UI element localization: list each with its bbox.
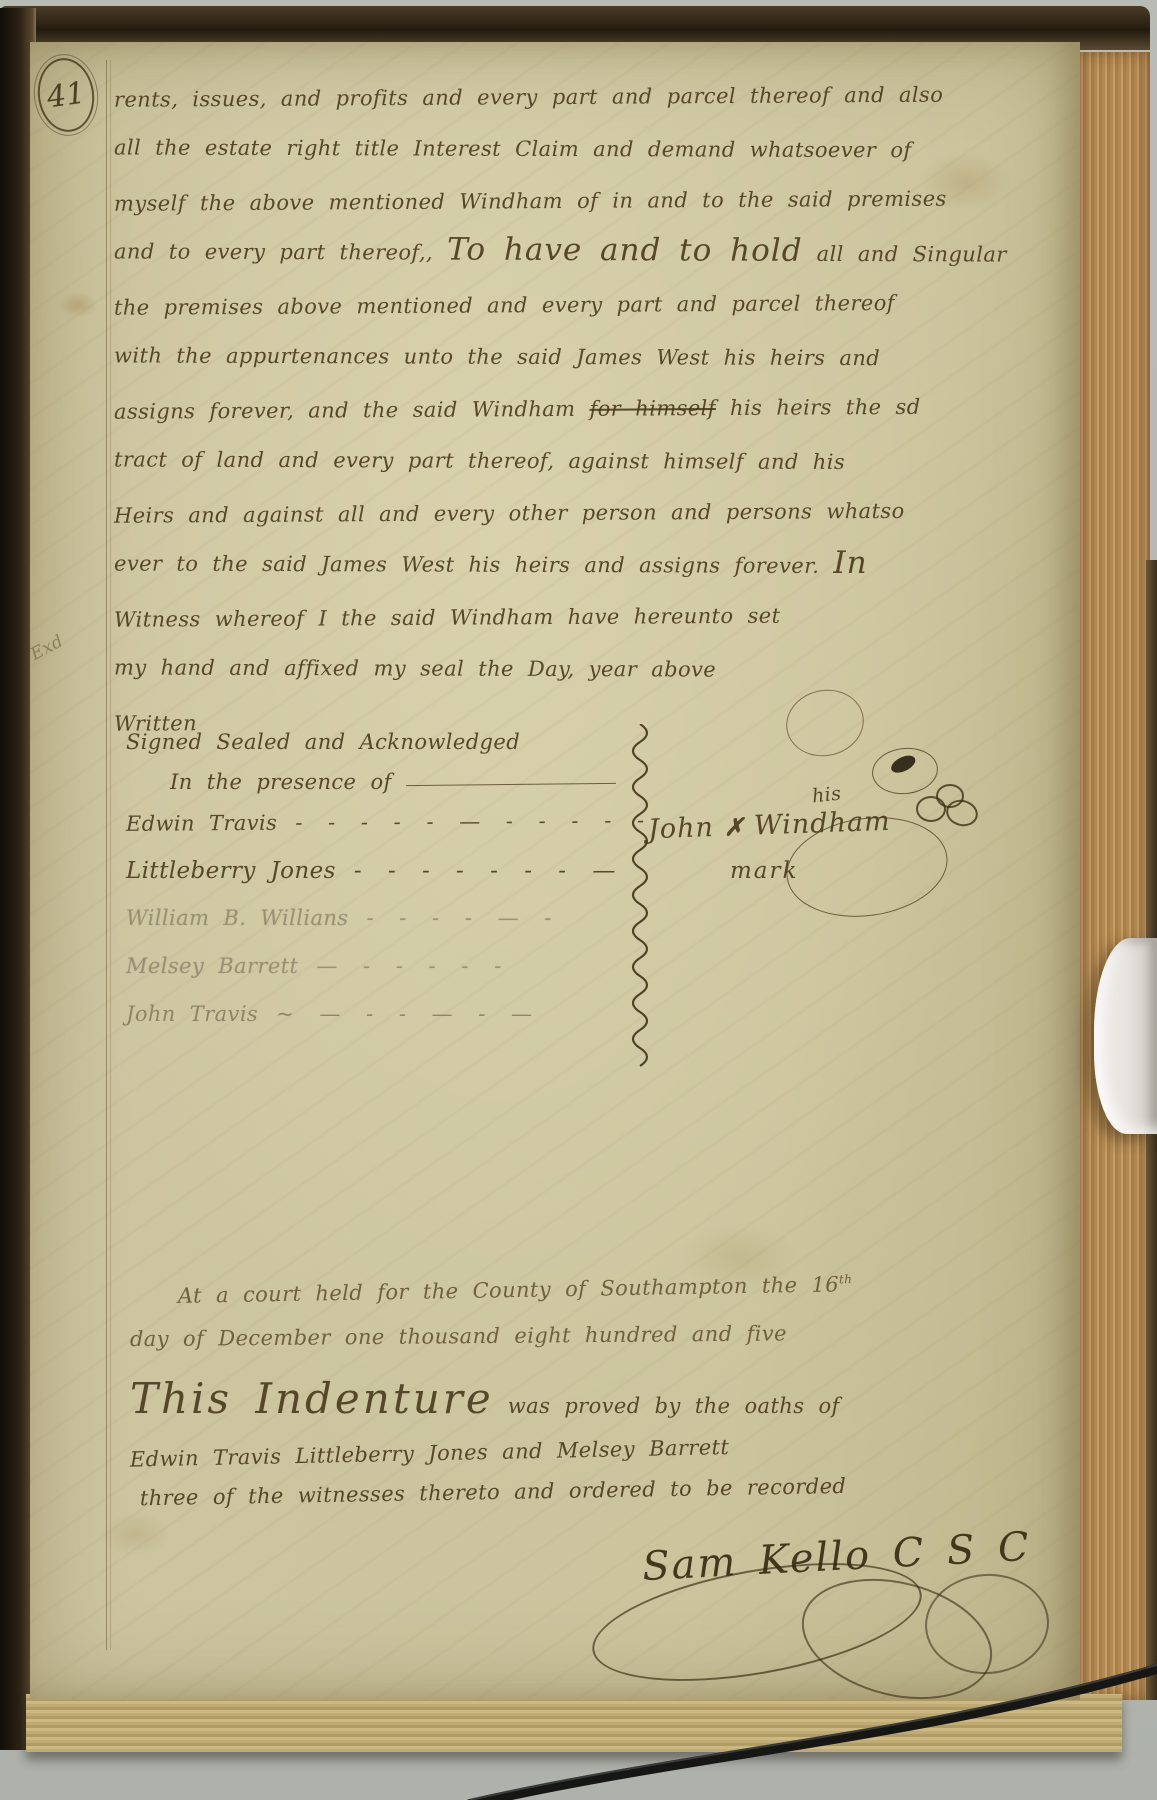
deed-line: all the estate right title Interest Clai… (114, 126, 1007, 181)
witness-row-faded: William B. Willians- - - - — - (126, 906, 650, 954)
deed-line: with the appurtenances unto the said Jam… (114, 334, 1007, 389)
witness-name: John Travis (126, 1002, 258, 1026)
book-bottom-page-edges (26, 1694, 1122, 1752)
deed-line-habendum: and to every part thereof,, To have and … (114, 230, 1007, 285)
witness-row-faded: John Travis~ — - - — - — (126, 1002, 650, 1050)
deed-line: my hand and affixed my seal the Day, yea… (114, 646, 1007, 701)
witness-row-faded: Melsey Barrett— - - - - - (126, 954, 650, 1002)
witness-name: Littleberry Jones (126, 858, 336, 884)
page-number-oval: 41 (33, 54, 99, 135)
witness-name: Melsey Barrett (126, 954, 298, 978)
his-label: his (811, 783, 842, 808)
presence-line: In the presence of (170, 770, 650, 810)
witness-name: Edwin Travis (126, 811, 278, 836)
stain-spot (58, 292, 98, 318)
deed-line: rents, issues, and profits and every par… (114, 73, 1007, 130)
dash-leader: ~ — - - — - — (276, 1002, 538, 1026)
page-stack-edge (1078, 52, 1150, 1700)
witness-row: Edwin Travis- - - - - — - - - - - (126, 808, 650, 860)
signature-first-name: John (648, 812, 715, 845)
deed-line: ever to the said James West his heirs an… (114, 542, 1007, 597)
x-mark: ✗ (713, 812, 754, 842)
cert-line-indenture: This Indenture was proved by the oaths o… (130, 1374, 853, 1440)
deed-body-text: rents, issues, and profits and every par… (114, 76, 1007, 752)
deed-line: tract of land and every part thereof, ag… (114, 438, 1007, 493)
signed-sealed-line: Signed Sealed and Acknowledged (126, 730, 650, 770)
deed-line: myself the above mentioned Windham of in… (114, 177, 1007, 234)
witness-row: Littleberry Jones- - - - - - - — (126, 858, 650, 906)
deed-line-strikethrough: assigns forever, and the said Windham fo… (114, 385, 1007, 442)
page-number: 41 (45, 75, 88, 115)
deed-line: the premises above mentioned and every p… (114, 281, 1007, 338)
deed-line: Heirs and against all and every other pe… (114, 489, 1007, 546)
gloved-finger (1094, 938, 1157, 1134)
dash-leader: — - - - - - (316, 954, 507, 978)
cert-line: day of December one thousand eight hundr… (130, 1321, 853, 1377)
witness-name: William B. Willians (126, 906, 348, 930)
court-certification: At a court held for the County of Southa… (130, 1278, 853, 1520)
photograph-of-deed-book: 41 Exd rents, issues, and profits and ev… (0, 0, 1157, 1800)
manuscript-page: 41 Exd rents, issues, and profits and ev… (30, 42, 1080, 1700)
deed-line: Witness whereof I the said Windham have … (114, 593, 1007, 650)
attestation-block: Signed Sealed and Acknowledged In the pr… (126, 730, 650, 1050)
squiggle-brace (618, 724, 658, 1074)
seal-flourish (916, 784, 980, 828)
dash-leader: - - - - — - (366, 906, 557, 930)
ruled-margin-line (106, 60, 111, 1650)
margin-note-exd: Exd (27, 631, 66, 665)
ruled-blank (406, 783, 616, 786)
dash-leader: - - - - - - - — (354, 858, 622, 884)
dash-leader: - - - - - — - - - - - (295, 808, 650, 834)
